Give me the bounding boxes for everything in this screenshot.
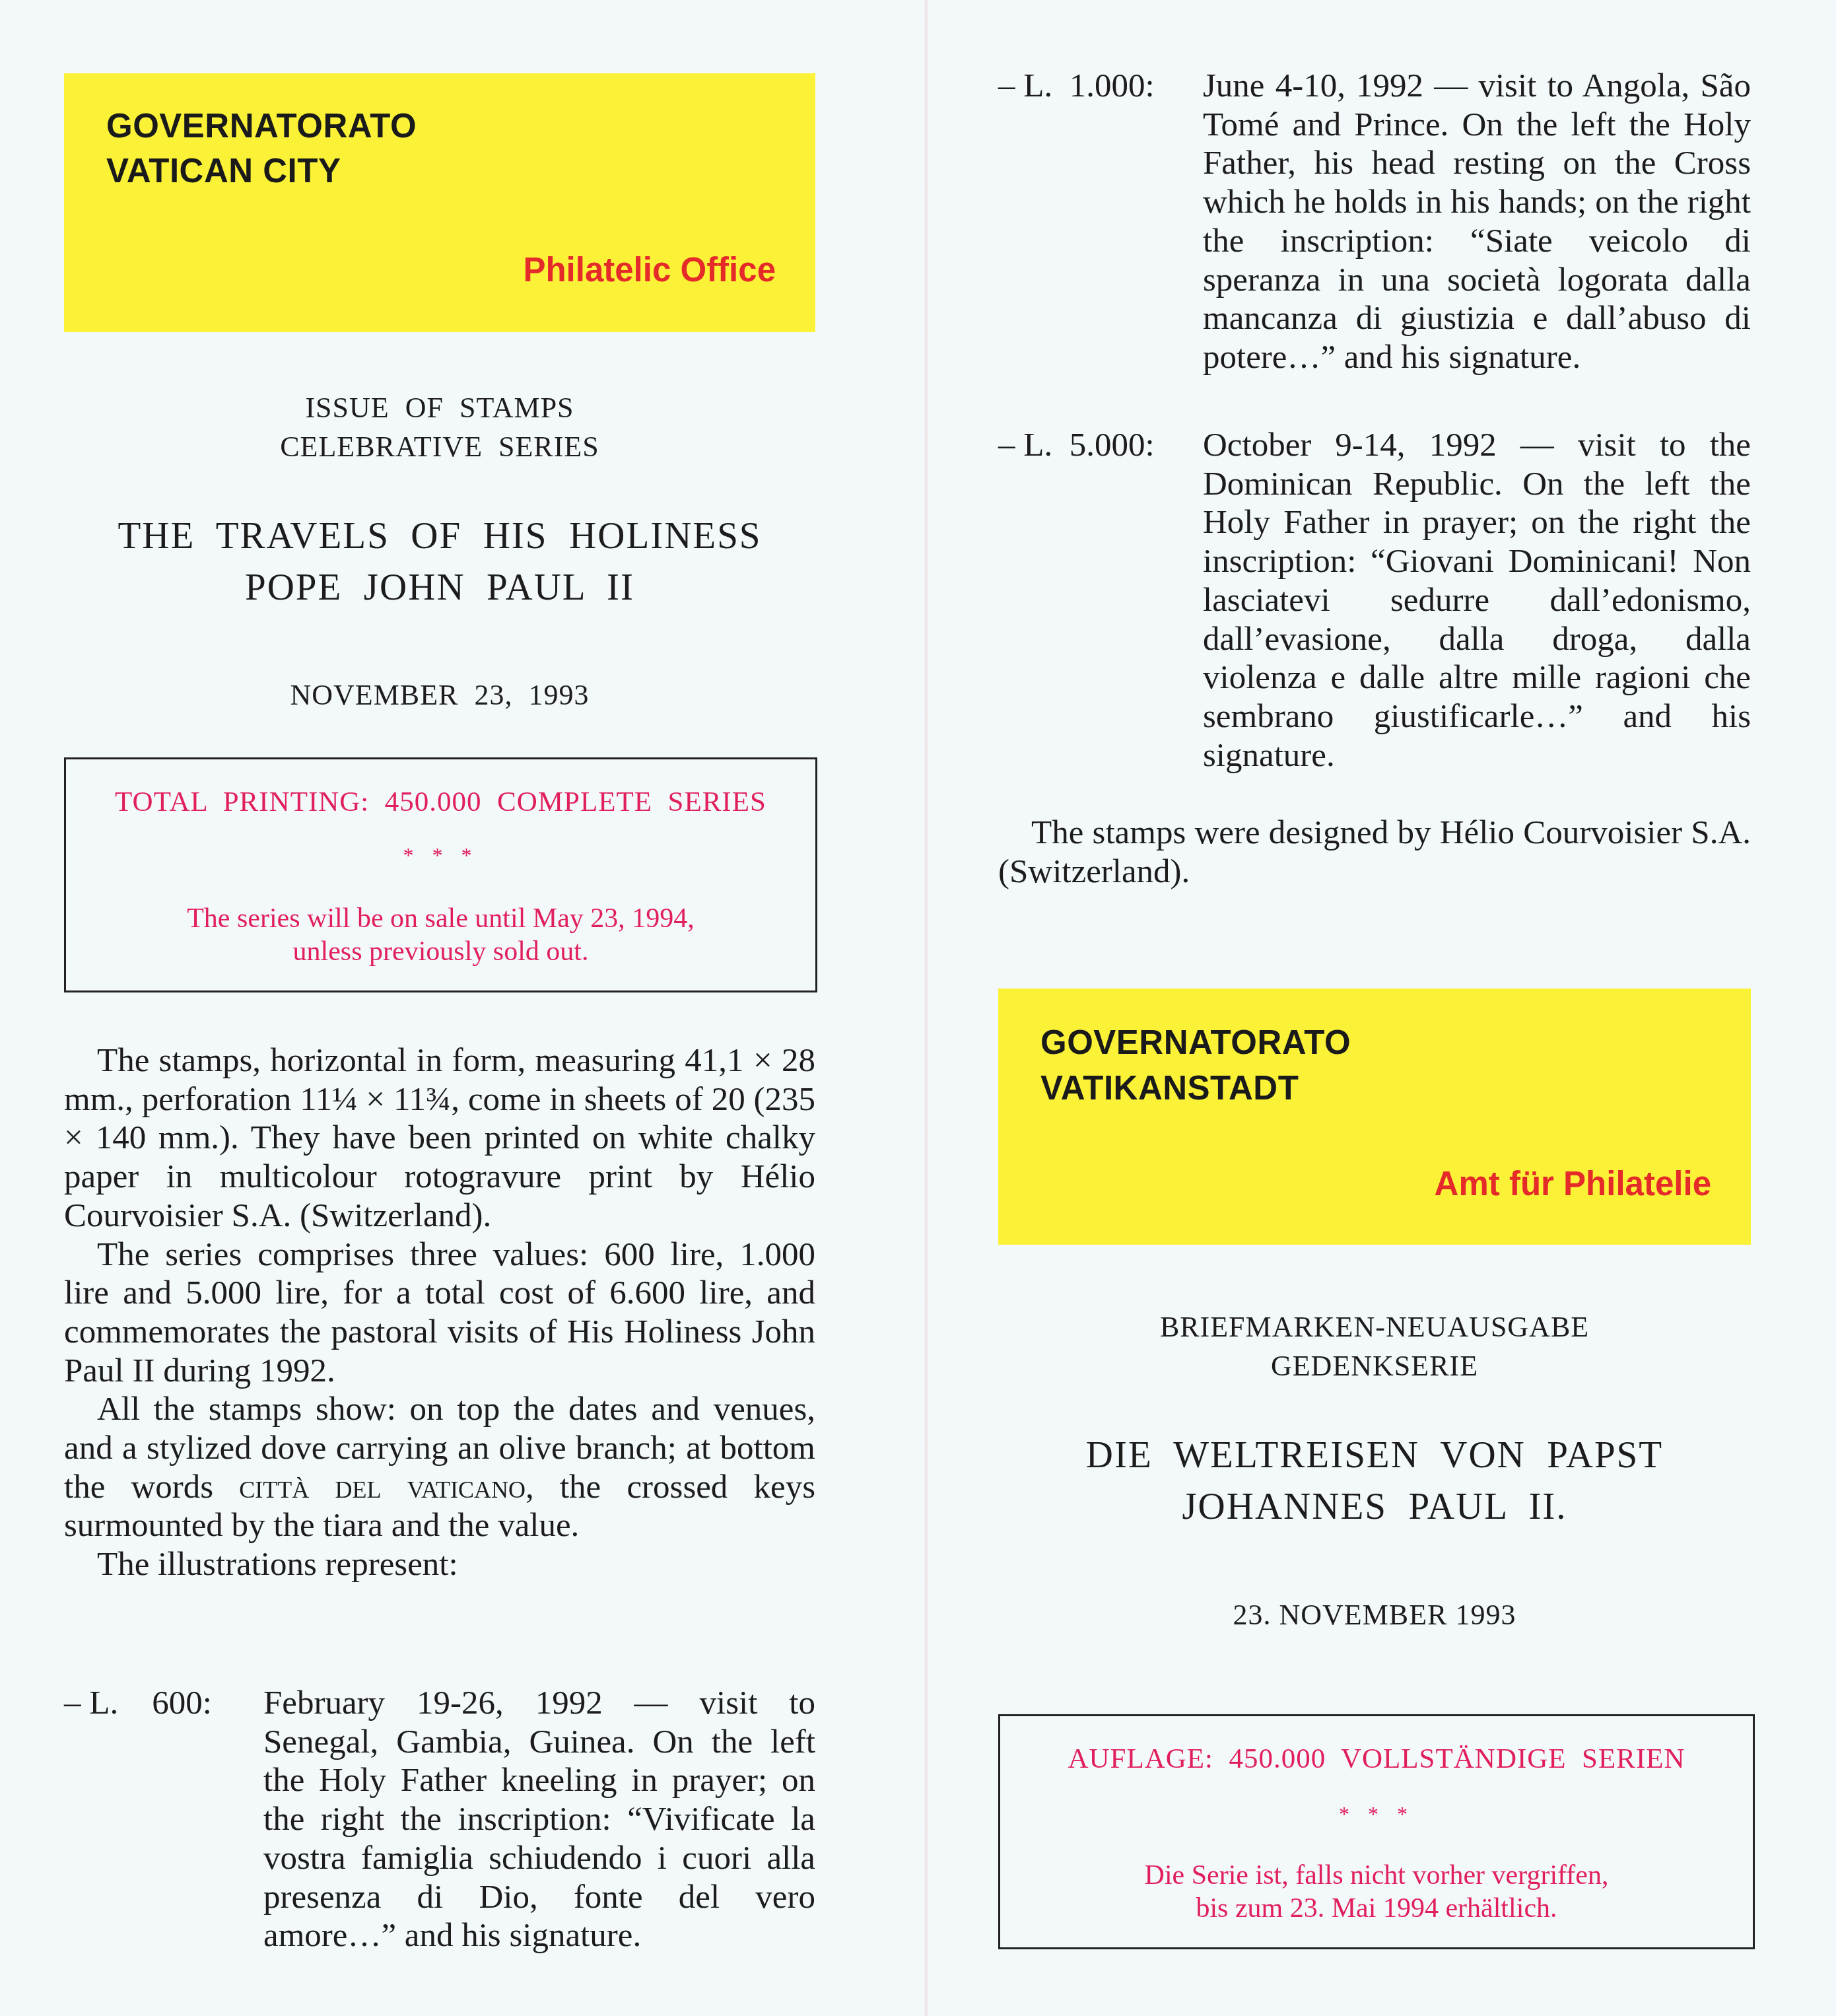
printing-info-box-german: AUFLAGE: 450.000 VOLLSTÄNDIGE SERIEN * *… xyxy=(998,1714,1755,1949)
value-description: February 19-26, 1992 — visit to Senegal,… xyxy=(263,1684,815,1955)
paragraph-specs: The stamps, horizontal in form, measurin… xyxy=(64,1041,815,1235)
issue-date: NOVEMBER 23, 1993 xyxy=(64,678,815,712)
issue-line2: GEDENKSERIE xyxy=(998,1346,1751,1385)
issue-line2: CELEBRATIVE SERIES xyxy=(64,427,815,466)
value-label: – L. 5.000: xyxy=(998,426,1155,465)
header-governatorato: GOVERNATORATO xyxy=(106,106,417,145)
title-line2: POPE JOHN PAUL II xyxy=(64,562,815,613)
header-block-english: GOVERNATORATO VATICAN CITY Philatelic Of… xyxy=(64,73,815,332)
issue-line1: BRIEFMARKEN-NEUAUSGABE xyxy=(998,1307,1751,1346)
stars-divider: * * * xyxy=(66,843,815,868)
sale-note-line2: bis zum 23. Mai 1994 erhältlich. xyxy=(1000,1892,1753,1925)
title-line1: THE TRAVELS OF HIS HOLINESS xyxy=(64,510,815,562)
value-description: June 4-10, 1992 — visit to Angola, São T… xyxy=(1203,67,1751,377)
title-line1: DIE WELTREISEN VON PAPST xyxy=(998,1430,1751,1481)
designer-note: The stamps were designed by Hélio Courvo… xyxy=(998,814,1751,891)
page-fold xyxy=(924,0,928,2016)
issue-heading: ISSUE OF STAMPS CELEBRATIVE SERIES xyxy=(64,388,815,466)
sale-note: Die Serie ist, falls nicht vorher vergri… xyxy=(1000,1859,1753,1925)
value-label: – L. 600: xyxy=(64,1684,212,1723)
issue-date-german: 23. NOVEMBER 1993 xyxy=(998,1598,1751,1632)
total-printing: AUFLAGE: 450.000 VOLLSTÄNDIGE SERIEN xyxy=(1000,1743,1753,1775)
header-vatican-city: VATICAN CITY xyxy=(106,151,341,190)
paragraph-illustrations: The illustrations represent: xyxy=(64,1545,815,1584)
header-vatikanstadt: VATIKANSTADT xyxy=(1040,1068,1299,1107)
header-philatelic-office: Philatelic Office xyxy=(523,250,776,289)
printing-info-box: TOTAL PRINTING: 450.000 COMPLETE SERIES … xyxy=(64,757,817,992)
sale-note-line2: unless previously sold out. xyxy=(66,935,815,968)
header-governatorato: GOVERNATORATO xyxy=(1040,1023,1351,1062)
total-printing: TOTAL PRINTING: 450.000 COMPLETE SERIES xyxy=(66,786,815,818)
body-text: The stamps, horizontal in form, measurin… xyxy=(64,1041,815,1584)
document-title: THE TRAVELS OF HIS HOLINESS POPE JOHN PA… xyxy=(64,510,815,613)
designer-paragraph: The stamps were designed by Hélio Courvo… xyxy=(998,814,1751,891)
citta-del-vaticano: città del vaticano, xyxy=(239,1469,533,1506)
issue-line1: ISSUE OF STAMPS xyxy=(64,388,815,427)
paragraph-values: The series comprises three values: 600 l… xyxy=(64,1235,815,1391)
sale-note: The series will be on sale until May 23,… xyxy=(66,902,815,968)
document-title-german: DIE WELTREISEN VON PAPST JOHANNES PAUL I… xyxy=(998,1430,1751,1533)
stars-divider: * * * xyxy=(1000,1802,1753,1826)
title-line2: JOHANNES PAUL II. xyxy=(998,1481,1751,1533)
paragraph-design: All the stamps show: on top the dates an… xyxy=(64,1390,815,1545)
value-label: – L. 1.000: xyxy=(998,67,1155,106)
sale-note-line1: The series will be on sale until May 23,… xyxy=(66,902,815,935)
issue-heading-german: BRIEFMARKEN-NEUAUSGABE GEDENKSERIE xyxy=(998,1307,1751,1385)
value-description: October 9-14, 1992 — visit to the Domini… xyxy=(1203,426,1751,775)
header-block-german: GOVERNATORATO VATIKANSTADT Amt für Phila… xyxy=(998,989,1751,1245)
sale-note-line1: Die Serie ist, falls nicht vorher vergri… xyxy=(1000,1859,1753,1892)
header-amt-fuer-philatelie: Amt für Philatelie xyxy=(1435,1164,1711,1203)
